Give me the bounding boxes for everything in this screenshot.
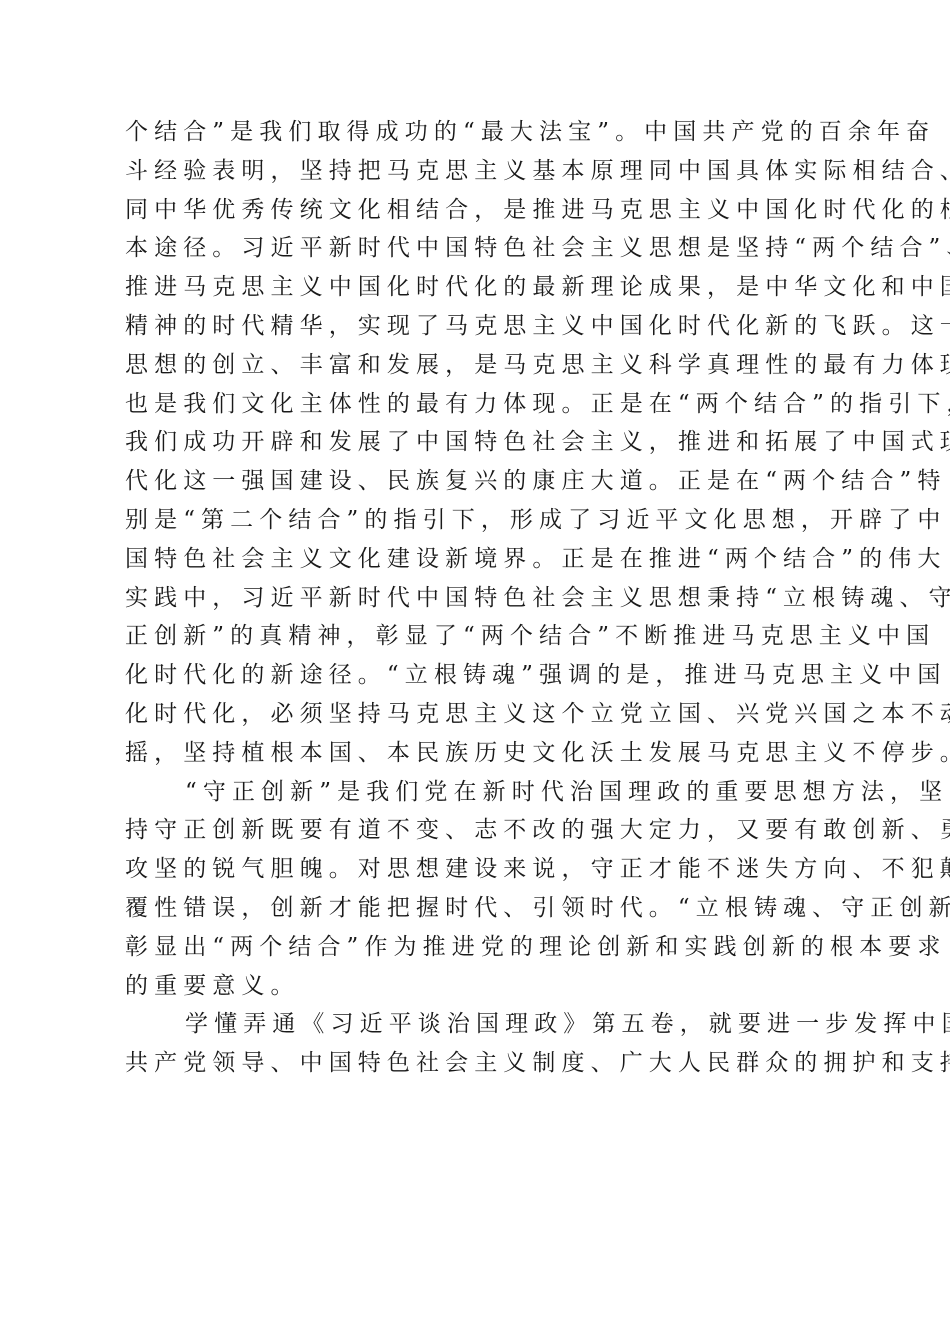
text-line: 摇，坚持植根本国、本民族历史文化沃土发展马克思主义不停步。 [125, 734, 849, 773]
text-line: 彰显出“两个结合”作为推进党的理论创新和实践创新的根本要求 [125, 928, 849, 967]
text-line: 的重要意义。 [125, 967, 849, 1006]
text-line: 斗经验表明，坚持把马克思主义基本原理同中国具体实际相结合、 [125, 152, 849, 191]
document-page: 个结合”是我们取得成功的“最大法宝”。中国共产党的百余年奋 斗经验表明，坚持把马… [125, 113, 849, 1083]
text-line: 同中华优秀传统文化相结合，是推进马克思主义中国化时代化的根 [125, 191, 849, 230]
text-line: 也是我们文化主体性的最有力体现。正是在“两个结合”的指引下， [125, 385, 849, 424]
text-line: 代化这一强国建设、民族复兴的康庄大道。正是在“两个结合”特 [125, 462, 849, 501]
text-line: 正创新”的真精神，彰显了“两个结合”不断推进马克思主义中国 [125, 617, 849, 656]
text-line: “守正创新”是我们党在新时代治国理政的重要思想方法，坚 [125, 773, 849, 812]
text-line: 我们成功开辟和发展了中国特色社会主义，推进和拓展了中国式现 [125, 423, 849, 462]
text-line: 化时代化，必须坚持马克思主义这个立党立国、兴党兴国之本不动 [125, 695, 849, 734]
text-line: 攻坚的锐气胆魄。对思想建设来说，守正才能不迷失方向、不犯颠 [125, 850, 849, 889]
text-line: 覆性错误，创新才能把握时代、引领时代。“立根铸魂、守正创新” [125, 889, 849, 928]
text-line: 精神的时代精华，实现了马克思主义中国化时代化新的飞跃。这一 [125, 307, 849, 346]
paragraph-2: “守正创新”是我们党在新时代治国理政的重要思想方法，坚 持守正创新既要有道不变、… [125, 773, 849, 1006]
text-line: 国特色社会主义文化建设新境界。正是在推进“两个结合”的伟大 [125, 540, 849, 579]
text-line: 个结合”是我们取得成功的“最大法宝”。中国共产党的百余年奋 [125, 113, 849, 152]
text-line: 实践中，习近平新时代中国特色社会主义思想秉持“立根铸魂、守 [125, 579, 849, 618]
text-line: 思想的创立、丰富和发展，是马克思主义科学真理性的最有力体现， [125, 346, 849, 385]
paragraph-3: 学懂弄通《习近平谈治国理政》第五卷，就要进一步发挥中国 共产党领导、中国特色社会… [125, 1005, 849, 1083]
text-line: 学懂弄通《习近平谈治国理政》第五卷，就要进一步发挥中国 [125, 1005, 849, 1044]
text-line: 化时代化的新途径。“立根铸魂”强调的是，推进马克思主义中国 [125, 656, 849, 695]
paragraph-1: 个结合”是我们取得成功的“最大法宝”。中国共产党的百余年奋 斗经验表明，坚持把马… [125, 113, 849, 773]
text-line: 持守正创新既要有道不变、志不改的强大定力，又要有敢创新、勇 [125, 811, 849, 850]
text-line: 别是“第二个结合”的指引下，形成了习近平文化思想，开辟了中 [125, 501, 849, 540]
text-line: 推进马克思主义中国化时代化的最新理论成果，是中华文化和中国 [125, 268, 849, 307]
text-line: 本途径。习近平新时代中国特色社会主义思想是坚持“两个结合”、 [125, 229, 849, 268]
text-line: 共产党领导、中国特色社会主义制度、广大人民群众的拥护和支持 [125, 1044, 849, 1083]
